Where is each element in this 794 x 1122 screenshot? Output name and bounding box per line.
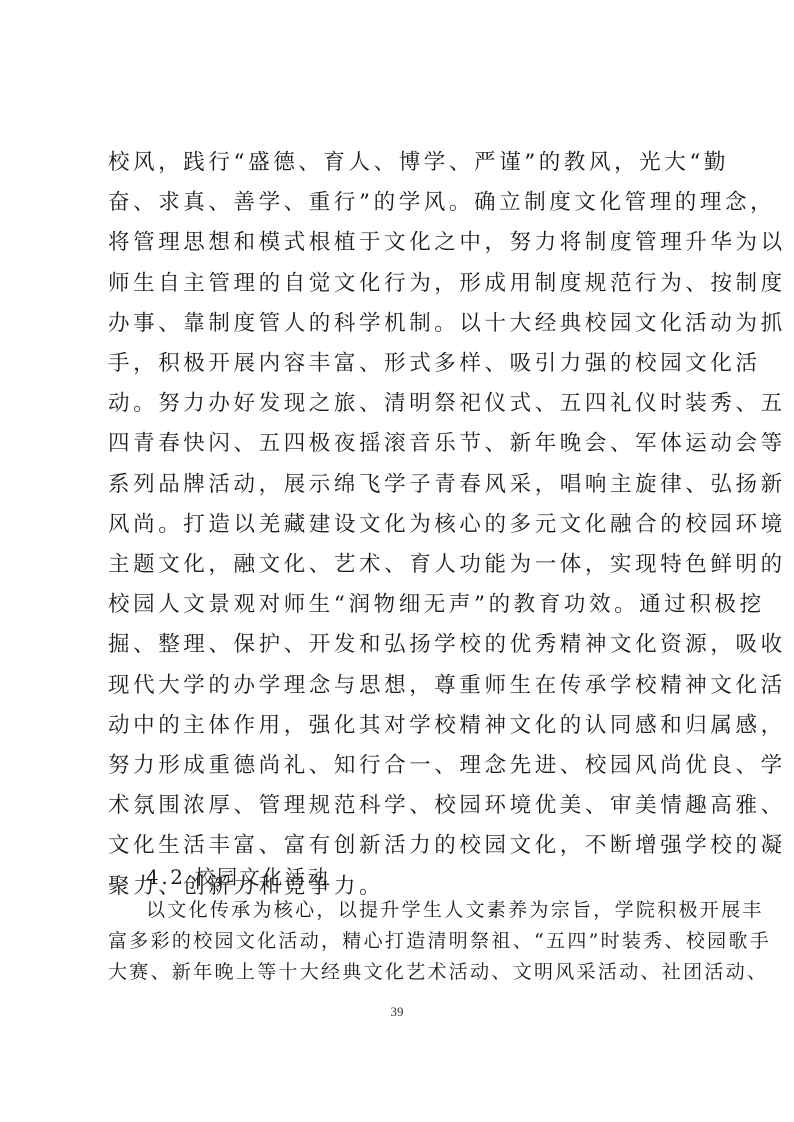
body-paragraph-campus-culture: 校风，践行“盛德、育人、博学、严谨”的教风，光大“勤 奋、求真、善学、重行”的学… xyxy=(108,143,692,907)
text-line: 文化生活丰富、富有创新活力的校园文化，不断增强学校的凝 xyxy=(108,826,692,866)
text-line: 术氛围浓厚、管理规范科学、校园环境优美、审美情趣高雅、 xyxy=(108,786,692,826)
body-paragraph-campus-activities: 以文化传承为核心，以提升学生人文素养为宗旨，学院积极开展丰 富多彩的校园文化活动… xyxy=(108,895,692,988)
text-line: 四青春快闪、五四极夜摇滚音乐节、新年晚会、军体运动会等 xyxy=(108,424,692,464)
text-line: 办事、靠制度管人的科学机制。以十大经典校园文化活动为抓 xyxy=(108,304,692,344)
document-page: 校风，践行“盛德、育人、博学、严谨”的教风，光大“勤 奋、求真、善学、重行”的学… xyxy=(0,0,794,1122)
text-line: 奋、求真、善学、重行”的学风。确立制度文化管理的理念， xyxy=(108,183,692,223)
text-line: 富多彩的校园文化活动，精心打造清明祭祖、“五四”时装秀、校园歌手 xyxy=(108,926,692,957)
text-line: 动中的主体作用，强化其对学校精神文化的认同感和归属感， xyxy=(108,706,692,746)
text-line: 现代大学的办学理念与思想，尊重师生在传承学校精神文化活 xyxy=(108,666,692,706)
text-line: 风尚。打造以羌藏建设文化为核心的多元文化融合的校园环境 xyxy=(108,505,692,545)
section-heading: 4.2 校园文化活动 xyxy=(146,862,330,892)
text-line: 主题文化，融文化、艺术、育人功能为一体，实现特色鲜明的 xyxy=(108,545,692,585)
text-line: 师生自主管理的自觉文化行为，形成用制度规范行为、按制度 xyxy=(108,264,692,304)
text-line: 校风，践行“盛德、育人、博学、严谨”的教风，光大“勤 xyxy=(108,143,692,183)
text-line: 大赛、新年晚上等十大经典文化艺术活动、文明风采活动、社团活动、 xyxy=(108,957,692,988)
text-line: 手，积极开展内容丰富、形式多样、吸引力强的校园文化活 xyxy=(108,344,692,384)
text-line: 校园人文景观对师生“润物细无声”的教育功效。通过积极挖 xyxy=(108,585,692,625)
text-line: 系列品牌活动，展示绵飞学子青春风采，唱响主旋律、弘扬新 xyxy=(108,465,692,505)
page-number: 39 xyxy=(0,1004,794,1020)
text-line: 掘、整理、保护、开发和弘扬学校的优秀精神文化资源，吸收 xyxy=(108,625,692,665)
text-line: 动。努力办好发现之旅、清明祭祀仪式、五四礼仪时装秀、五 xyxy=(108,384,692,424)
text-line: 以文化传承为核心，以提升学生人文素养为宗旨，学院积极开展丰 xyxy=(108,895,692,926)
text-line: 努力形成重德尚礼、知行合一、理念先进、校园风尚优良、学 xyxy=(108,746,692,786)
text-line: 将管理思想和模式根植于文化之中，努力将制度管理升华为以 xyxy=(108,223,692,263)
